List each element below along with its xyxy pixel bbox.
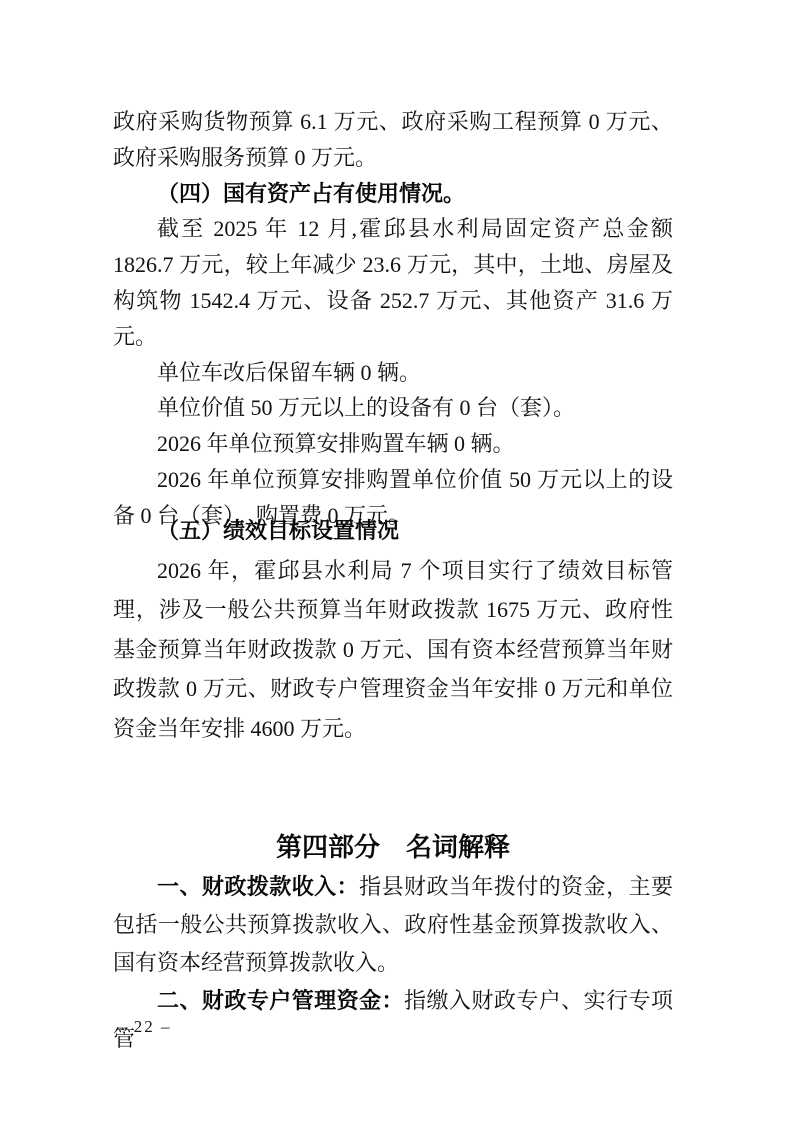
subheading-section3-item5: （五）绩效目标设置情况 <box>113 511 673 551</box>
para-vehicles-retained: 单位车改后保留车辆 0 辆。 <box>113 355 673 391</box>
para-term-fiscal-appropriation: 一、财政拨款收入：指县财政当年拨付的资金，主要包括一般公共预算拨款收入、政府性基… <box>113 868 673 982</box>
section3-performance-block: （五）绩效目标设置情况 2026 年，霍邱县水利局 7 个项目实行了绩效目标管理… <box>113 511 673 749</box>
term-1-label: 一、财政拨款收入： <box>157 874 359 899</box>
para-procurement-continuation: 政府采购货物预算 6.1 万元、政府采购工程预算 0 万元、政府采购服务预算 0… <box>113 104 673 176</box>
para-term-special-account-funds: 二、财政专户管理资金：指缴入财政专户、实行专项管 <box>113 982 673 1058</box>
page-number: – 22 – <box>117 1016 172 1038</box>
subheading-section3-item4: （四）国有资产占有使用情况。 <box>113 176 673 212</box>
section3-assets-block: 政府采购货物预算 6.1 万元、政府采购工程预算 0 万元、政府采购服务预算 0… <box>113 104 673 534</box>
part4-heading: 第四部分 名词解释 <box>113 831 673 863</box>
para-equipment-over-50w: 单位价值 50 万元以上的设备有 0 台（套）。 <box>113 390 673 426</box>
section4-glossary-block: 一、财政拨款收入：指县财政当年拨付的资金，主要包括一般公共预算拨款收入、政府性基… <box>113 868 673 1058</box>
para-2026-vehicle-purchase: 2026 年单位预算安排购置车辆 0 辆。 <box>113 426 673 462</box>
term-2-label: 二、财政专户管理资金： <box>157 988 404 1013</box>
para-fixed-assets: 截至 2025 年 12 月,霍邱县水利局固定资产总金额 1826.7 万元，较… <box>113 211 673 354</box>
para-performance-targets: 2026 年，霍邱县水利局 7 个项目实行了绩效目标管理，涉及一般公共预算当年财… <box>113 551 673 749</box>
document-page: 政府采购货物预算 6.1 万元、政府采购工程预算 0 万元、政府采购服务预算 0… <box>0 0 793 1122</box>
